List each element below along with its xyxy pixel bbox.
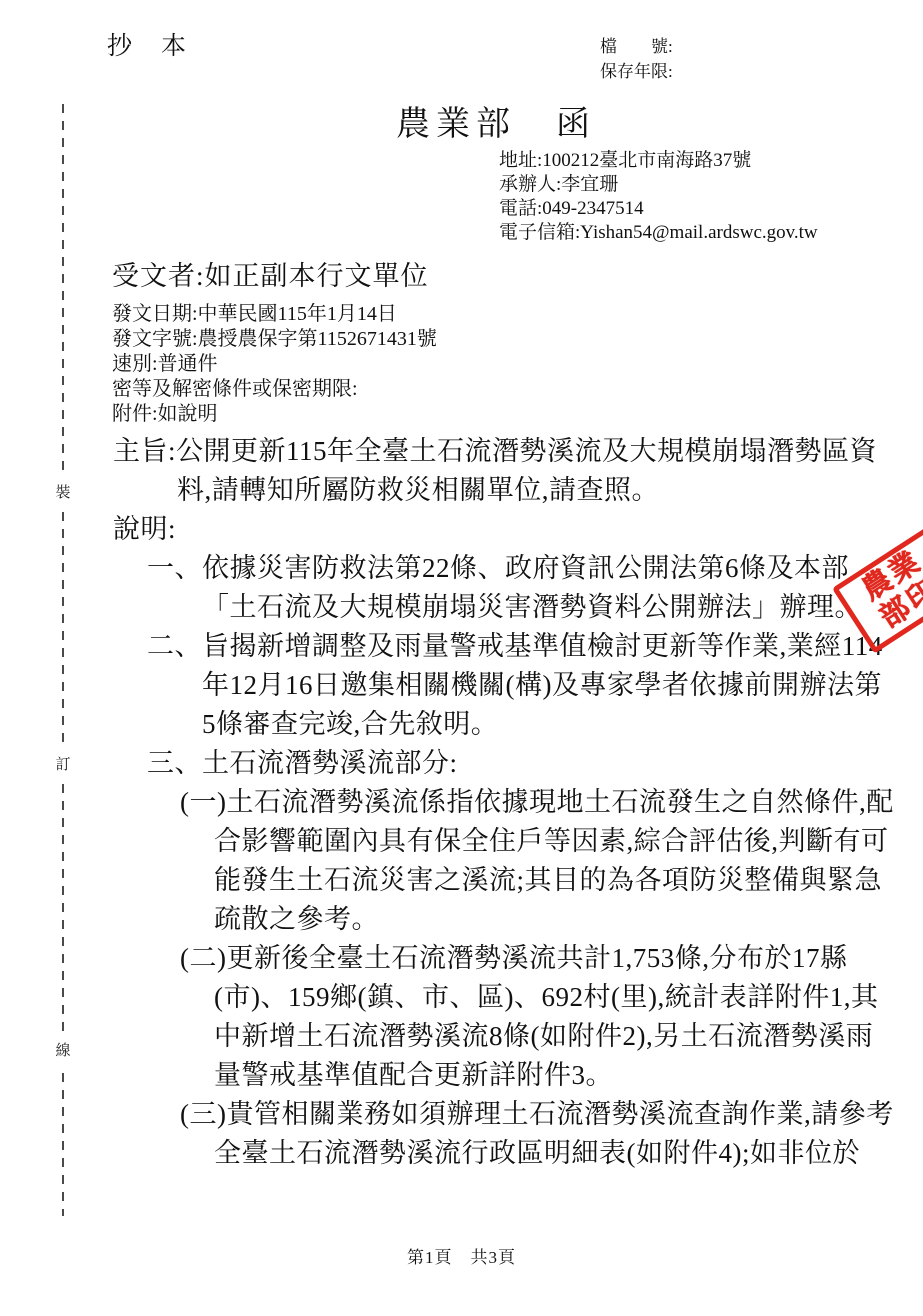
- security-classification-line: 密等及解密條件或保密期限:: [112, 377, 437, 402]
- attachment-line: 附件:如說明: [112, 402, 437, 427]
- explanation-heading: 說明:: [113, 510, 895, 549]
- file-number-box: 檔 號: 保存年限:: [600, 34, 673, 84]
- copy-label: 抄 本: [107, 26, 188, 62]
- binding-mark-ding: 訂: [50, 748, 76, 779]
- list-item-1: 一、依據災害防救法第22條、政府資訊公開法第6條及本部「土石流及大規模崩塌災害潛…: [147, 549, 895, 627]
- list-item-2: 二、旨揭新增調整及雨量警戒基準值檢討更新等作業,業經114年12月16日邀集相關…: [147, 627, 895, 744]
- page-number-footer: 第1頁 共3頁: [0, 1243, 923, 1268]
- sub-list-item-3: (三)貴管相關業務如須辦理土石流潛勢溪流查詢作業,請參考全臺土石流潛勢溪流行政區…: [180, 1095, 895, 1173]
- sender-contact-person: 承辦人:李宜珊: [499, 173, 818, 197]
- sub-list-item-1-text: 土石流潛勢溪流係指依據現地土石流發生之自然條件,配合影響範圍內具有保全住戶等因素…: [214, 787, 894, 934]
- list-item-2-label: 二、: [147, 631, 202, 661]
- subject-paragraph: 主旨:公開更新115年全臺土石流潛勢溪流及大規模崩塌潛勢區資料,請轉知所屬防救災…: [113, 432, 895, 510]
- document-title: 農業部 函: [396, 96, 596, 145]
- list-item-3-label: 三、: [147, 748, 202, 778]
- sender-address: 地址:100212臺北市南海路37號: [499, 149, 818, 173]
- sub-list-item-1: (一)土石流潛勢溪流係指依據現地土石流發生之自然條件,配合影響範圍內具有保全住戶…: [180, 783, 895, 939]
- document-body: 主旨:公開更新115年全臺土石流潛勢溪流及大規模崩塌潛勢區資料,請轉知所屬防救災…: [113, 432, 895, 1173]
- sender-email: 電子信箱:Yishan54@mail.ardswc.gov.tw: [499, 221, 818, 245]
- official-letter-page: 裝 訂 線 抄 本 檔 號: 保存年限: 農業部 函 地址:100212臺北市南…: [0, 0, 923, 1316]
- priority-line: 速別:普通件: [112, 352, 437, 377]
- document-meta-block: 發文日期:中華民國115年1月14日 發文字號:農授農保字第1152671431…: [112, 302, 437, 427]
- list-item-3: 三、土石流潛勢溪流部分:: [147, 744, 895, 783]
- recipient-line: 受文者:如正副本行文單位: [112, 254, 429, 293]
- sub-list-item-1-label: (一): [180, 787, 226, 817]
- retention-period-label: 保存年限:: [600, 59, 673, 84]
- issue-date-line: 發文日期:中華民國115年1月14日: [112, 302, 437, 327]
- sub-list-item-2-text: 更新後全臺土石流潛勢溪流共計1,753條,分布於17縣(市)、159鄉(鎮、市、…: [214, 943, 878, 1090]
- document-number-line: 發文字號:農授農保字第1152671431號: [112, 327, 437, 352]
- sub-list-item-3-label: (三): [180, 1099, 226, 1129]
- subject-text: 公開更新115年全臺土石流潛勢溪流及大規模崩塌潛勢區資料,請轉知所屬防救災相關單…: [176, 436, 877, 505]
- file-number-label: 檔 號:: [600, 34, 673, 59]
- sub-list-item-2: (二)更新後全臺土石流潛勢溪流共計1,753條,分布於17縣(市)、159鄉(鎮…: [180, 939, 895, 1095]
- list-item-1-label: 一、: [147, 553, 202, 583]
- binding-mark-xian: 線: [50, 1034, 76, 1065]
- binding-mark-zhuang: 裝: [50, 476, 76, 507]
- subject-label: 主旨:: [113, 436, 176, 466]
- sender-contact-block: 地址:100212臺北市南海路37號 承辦人:李宜珊 電話:049-234751…: [499, 149, 818, 245]
- sub-list-item-3-text: 貴管相關業務如須辦理土石流潛勢溪流查詢作業,請參考全臺土石流潛勢溪流行政區明細表…: [214, 1099, 894, 1168]
- list-item-3-text: 土石流潛勢溪流部分:: [202, 748, 458, 778]
- sender-phone: 電話:049-2347514: [499, 197, 818, 221]
- sub-list-item-2-label: (二): [180, 943, 226, 973]
- list-item-2-text: 旨揭新增調整及雨量警戒基準值檢討更新等作業,業經114年12月16日邀集相關機關…: [202, 631, 883, 739]
- list-item-1-text: 依據災害防救法第22條、政府資訊公開法第6條及本部「土石流及大規模崩塌災害潛勢資…: [202, 553, 862, 622]
- binding-margin: 裝 訂 線: [50, 104, 76, 1216]
